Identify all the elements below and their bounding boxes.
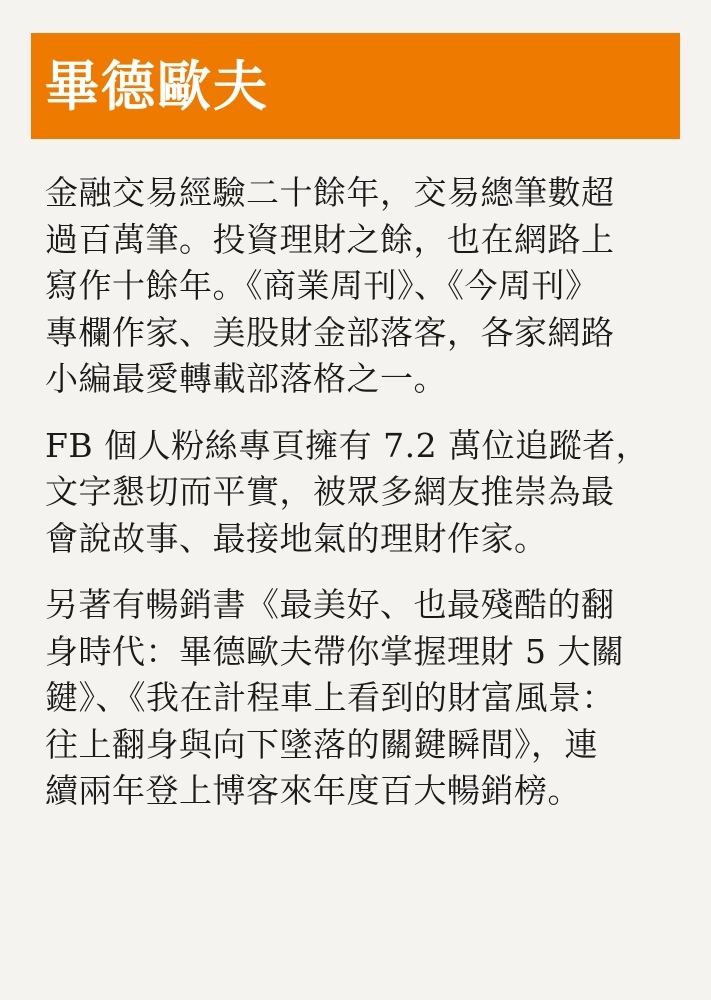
author-bio: 金融交易經驗二十餘年，交易總筆數超 過百萬筆。投資理財之餘，也在網路上 寫作十餘… — [45, 170, 675, 835]
bio-line: FB 個人粉絲專頁擁有 7.2 萬位追蹤者， — [45, 423, 675, 470]
bio-paragraph-facebook: FB 個人粉絲專頁擁有 7.2 萬位追蹤者， 文字懇切而平實，被眾多網友推崇為最… — [45, 423, 675, 563]
bio-line: 會說故事、最接地氣的理財作家。 — [45, 516, 675, 563]
bio-line: 專欄作家、美股財金部落客，各家網路 — [45, 310, 675, 357]
bio-line: 小編最愛轉載部落格之一。 — [45, 356, 675, 403]
bio-line: 續兩年登上博客來年度百大暢銷榜。 — [45, 768, 675, 815]
bio-line: 文字懇切而平實，被眾多網友推崇為最 — [45, 469, 675, 516]
bio-paragraph-books: 另著有暢銷書《最美好、也最殘酷的翻 身時代：畢德歐夫帶你掌握理財 5 大關 鍵》… — [45, 582, 675, 815]
title-banner: 畢德歐夫 — [31, 33, 680, 139]
bio-line: 另著有暢銷書《最美好、也最殘酷的翻 — [45, 582, 675, 629]
bio-line: 金融交易經驗二十餘年，交易總筆數超 — [45, 170, 675, 217]
bio-line: 寫作十餘年。《商業周刊》、《今周刊》 — [45, 263, 675, 310]
bio-line: 過百萬筆。投資理財之餘，也在網路上 — [45, 217, 675, 264]
bio-line: 鍵》、《我在計程車上看到的財富風景： — [45, 675, 675, 722]
bio-line: 往上翻身與向下墜落的關鍵瞬間》，連 — [45, 722, 675, 769]
author-name-title: 畢德歐夫 — [45, 49, 269, 125]
bio-line: 身時代：畢德歐夫帶你掌握理財 5 大關 — [45, 629, 675, 676]
bio-paragraph-career: 金融交易經驗二十餘年，交易總筆數超 過百萬筆。投資理財之餘，也在網路上 寫作十餘… — [45, 170, 675, 403]
